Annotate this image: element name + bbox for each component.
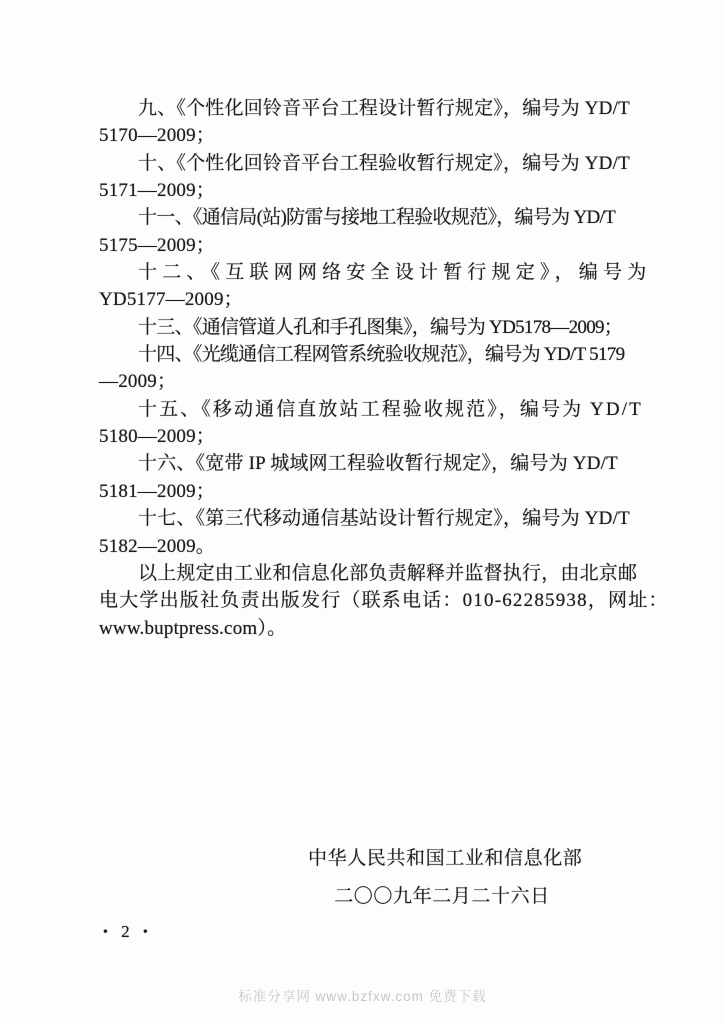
- dot-icon: •: [103, 925, 108, 940]
- doc-line-item11-1: 十一、《通信局(站)防雷与接地工程验收规范》，编号为 YD/T: [99, 204, 633, 231]
- scanned-page: 九、《个性化回铃音平台工程设计暂行规定》，编号为 YD/T 5170—2009；…: [0, 0, 725, 1024]
- signature-block: 中华人民共和国工业和信息化部 二〇〇九年二月二十六日: [308, 846, 576, 910]
- doc-line-item10-2: 5171—2009；: [99, 177, 633, 204]
- signature-organization: 中华人民共和国工业和信息化部: [308, 846, 576, 872]
- doc-line-item14-1: 十四、《光缆通信工程网管系统验收规范》，编号为 YD/T 5179: [99, 341, 633, 368]
- doc-line-item15-1: 十五、《移动通信直放站工程验收规范》，编号为 YD/T: [99, 396, 633, 423]
- doc-line-item11-2: 5175—2009；: [99, 232, 633, 259]
- page-number-value: 2: [121, 922, 130, 941]
- doc-line-item12-2: YD5177—2009；: [99, 286, 633, 313]
- doc-line-item17-2: 5182—2009。: [99, 533, 633, 560]
- doc-line-item16-1: 十六、《宽带 IP 城域网工程验收暂行规定》，编号为 YD/T: [99, 450, 633, 477]
- doc-line-item9-1: 九、《个性化回铃音平台工程设计暂行规定》，编号为 YD/T: [99, 95, 633, 122]
- doc-line-closing-1: 以上规定由工业和信息化部负责解释并监督执行，由北京邮: [99, 560, 633, 587]
- doc-line-item16-2: 5181—2009；: [99, 478, 633, 505]
- doc-line-item10-1: 十、《个性化回铃音平台工程验收暂行规定》，编号为 YD/T: [99, 150, 633, 177]
- watermark-text: 标准分享网 www.bzfxw.com 免费下载: [0, 985, 725, 1005]
- doc-line-item14-2: —2009；: [99, 368, 633, 395]
- page-number: • 2 •: [103, 919, 148, 946]
- dot-icon: •: [143, 925, 148, 940]
- doc-line-item13: 十三、《通信管道人孔和手孔图集》，编号为 YD5178—2009；: [99, 314, 633, 341]
- doc-line-item9-2: 5170—2009；: [99, 122, 633, 149]
- doc-line-item12-1: 十二、《互联网网络安全设计暂行规定》，编号为: [99, 259, 633, 286]
- signature-date: 二〇〇九年二月二十六日: [308, 884, 576, 910]
- doc-line-closing-2: 电大学出版社负责出版发行（联系电话：010-62285938，网址：: [99, 587, 633, 614]
- doc-line-item17-1: 十七、《第三代移动通信基站设计暂行规定》，编号为 YD/T: [99, 505, 633, 532]
- document-body: 九、《个性化回铃音平台工程设计暂行规定》，编号为 YD/T 5170—2009；…: [99, 95, 633, 642]
- doc-line-closing-3: www.buptpress.com）。: [99, 615, 633, 642]
- doc-line-item15-2: 5180—2009；: [99, 423, 633, 450]
